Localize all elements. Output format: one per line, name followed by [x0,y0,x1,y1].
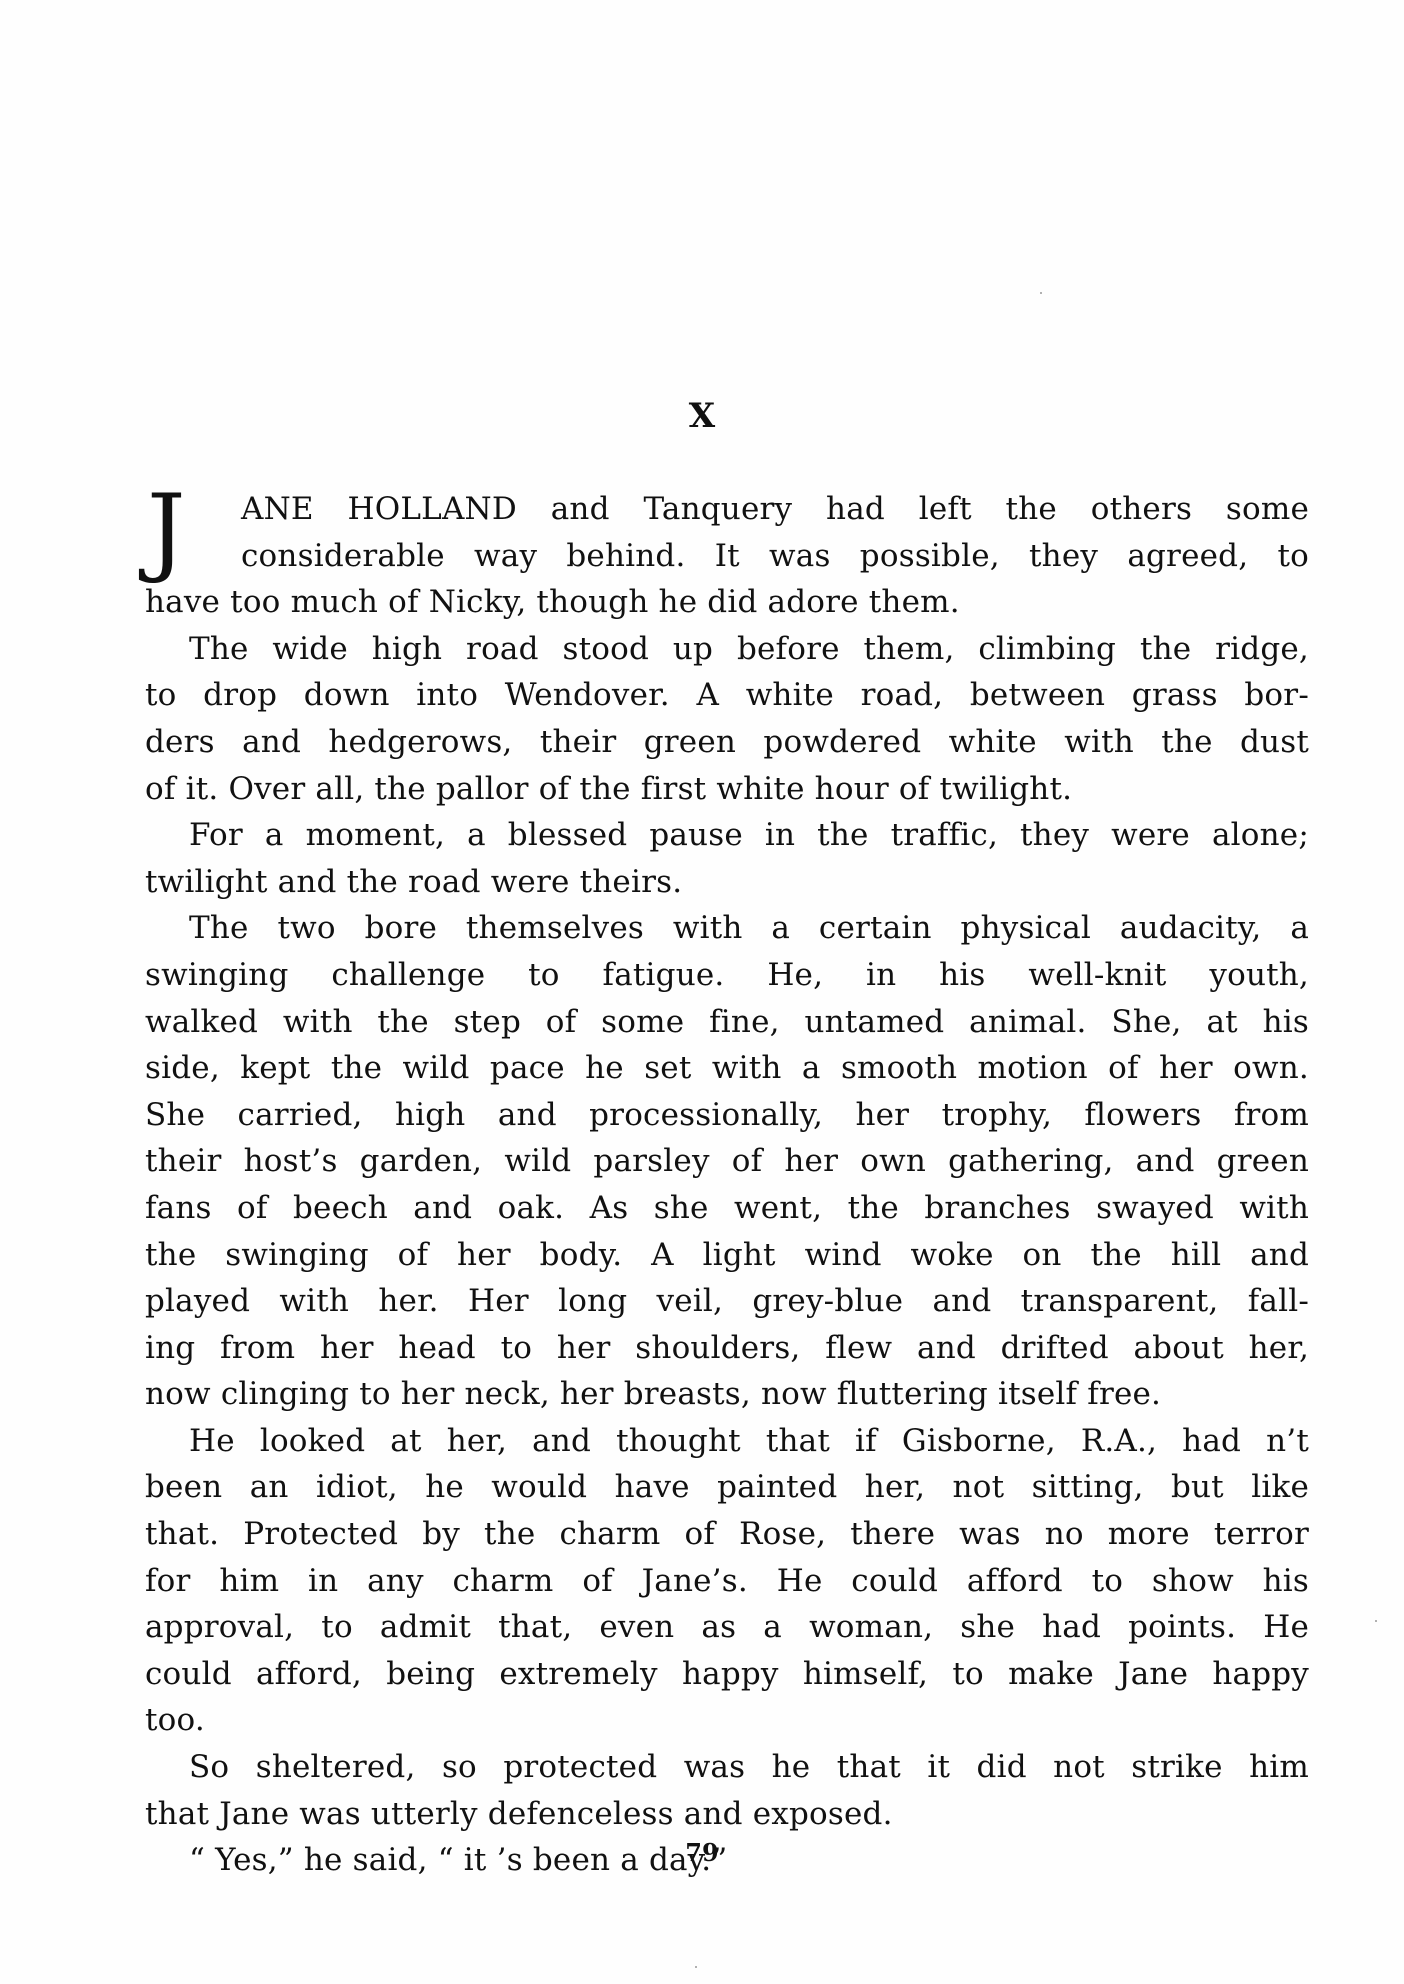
text-line: She carried, high and processionally, he… [145,1092,1309,1139]
scan-speck [1040,292,1042,294]
page-number: 79 [0,1838,1404,1867]
text-line: of it. Over all, the pallor of the first… [145,766,1309,813]
text-line: swinging challenge to fatigue. He, in hi… [145,952,1309,999]
text-line: ANE HOLLAND and Tanquery had left the ot… [145,486,1309,533]
text-line: that. Protected by the charm of Rose, th… [145,1511,1309,1558]
text-line: approval, to admit that, even as a woman… [145,1604,1309,1651]
text-line: For a moment, a blessed pause in the tra… [145,812,1309,859]
scan-speck [695,1966,697,1968]
text-line: So sheltered, so protected was he that i… [145,1744,1309,1791]
text-line: to drop down into Wendover. A white road… [145,672,1309,719]
scan-speck [1375,1620,1377,1622]
text-line: fans of beech and oak. As she went, the … [145,1185,1309,1232]
text-line: side, kept the wild pace he set with a s… [145,1045,1309,1092]
text-line: the swinging of her body. A light wind w… [145,1232,1309,1279]
text-line: been an idiot, he would have painted her… [145,1464,1309,1511]
text-line: ders and hedgerows, their green powdered… [145,719,1309,766]
text-line: that Jane was utterly defenceless and ex… [145,1791,1309,1838]
text-line: The two bore themselves with a certain p… [145,905,1309,952]
text-line: for him in any charm of Jane’s. He could… [145,1558,1309,1605]
text-line: now clinging to her neck, her breasts, n… [145,1371,1309,1418]
text-line: walked with the step of some fine, untam… [145,999,1309,1046]
body-text: ANE HOLLAND and Tanquery had left the ot… [145,486,1309,1884]
text-line: ing from her head to her shoulders, flew… [145,1325,1309,1372]
text-line: The wide high road stood up before them,… [145,626,1309,673]
text-line: could afford, being extremely happy hims… [145,1651,1309,1698]
text-line: too. [145,1697,1309,1744]
chapter-heading: X [0,396,1404,436]
text-line: played with her. Her long veil, grey-blu… [145,1278,1309,1325]
text-line: considerable way behind. It was possible… [145,533,1309,580]
text-line: have too much of Nicky, though he did ad… [145,579,1309,626]
book-page: X J ANE HOLLAND and Tanquery had left th… [0,0,1404,1984]
text-line: He looked at her, and thought that if Gi… [145,1418,1309,1465]
text-line: twilight and the road were theirs. [145,859,1309,906]
text-line: their host’s garden, wild parsley of her… [145,1138,1309,1185]
